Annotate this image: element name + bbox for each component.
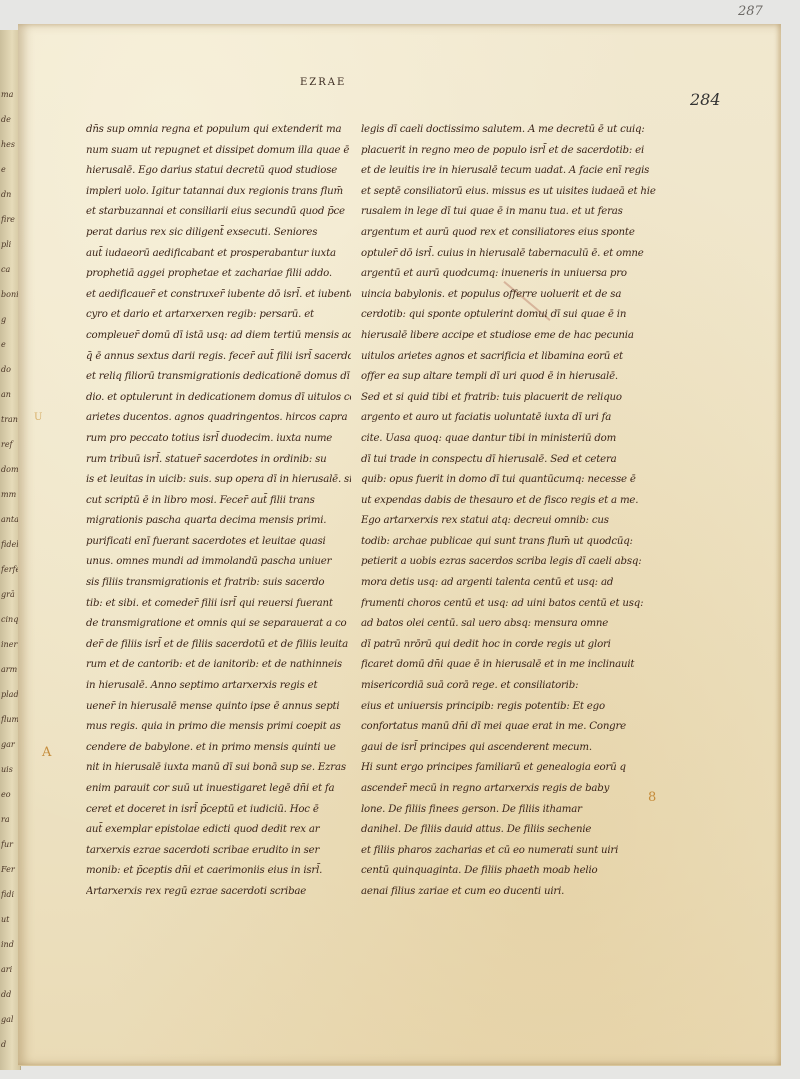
text-line: dio. et optulerunt in dedicationem domus… (86, 388, 351, 409)
facing-page-text-fragment: uis (1, 765, 19, 775)
text-line: todib: archae publicae qui sunt trans fl… (361, 532, 656, 553)
text-line: Sed et si quid tibi et fratrib: tuis pla… (361, 388, 656, 409)
text-line: cut scriptū ē in libro mosi. Fecer̄ aut̄… (86, 491, 351, 512)
text-line: centū quinquaginta. De filiis phaeth moa… (361, 861, 656, 882)
text-line: uener̄ in hierusalē mense quinto ipse ē … (86, 697, 351, 718)
text-line: quib: opus fuerit in domo dī tui quantūc… (361, 470, 656, 491)
facing-page-text-fragment: grā (1, 590, 19, 600)
text-line: confortatus manū dn̄i dī mei quae erat i… (361, 717, 656, 738)
text-line: et septē consiliatorū eius. missus es ut… (361, 182, 656, 203)
text-line: cite. Uasa quoq: quae dantur tibi in min… (361, 429, 656, 450)
text-line: unus. omnes mundi ad immolandū pascha un… (86, 552, 351, 573)
facing-page-text-fragment: d (1, 1040, 19, 1050)
facing-page-text-fragment: tran (1, 415, 19, 425)
folio-number-top: 287 (738, 4, 763, 19)
text-line: dī tui trade in conspectu dī hierusalē. … (361, 450, 656, 471)
text-line: mus regis. quia in primo die mensis prim… (86, 717, 351, 738)
text-line: monib: et p̄ceptis dn̄i et caerimoniis e… (86, 861, 351, 882)
text-line: dn̄s sup omnia regna et populum qui exte… (86, 120, 351, 141)
text-line: Hi sunt ergo principes familiarū et gene… (361, 758, 656, 779)
text-line: offer ea sup altare templi dī uri quod ē… (361, 367, 656, 388)
facing-page-text-fragment: g (1, 315, 19, 325)
text-line: q̄ ē annus sextus darii regis. fecer̄ au… (86, 347, 351, 368)
text-line: danihel. De filiis dauid attus. De filii… (361, 820, 656, 841)
text-line: Ego artarxerxis rex statui atq: decreui … (361, 511, 656, 532)
text-line: petierit a uobis ezras sacerdos scriba l… (361, 552, 656, 573)
text-line: et de leuitis ire in hierusalē tecum uad… (361, 161, 656, 182)
text-line: lone. De filiis finees gerson. De filiis… (361, 800, 656, 821)
text-line: uincia babylonis. et populus offerre uol… (361, 285, 656, 306)
text-line: rusalem in lege dī tui quae ē in manu tu… (361, 202, 656, 223)
text-line: sis filiis transmigrationis et fratrib: … (86, 573, 351, 594)
text-line: et starbuzannai et consiliarii eius secu… (86, 202, 351, 223)
facing-page-text-fragment: de (1, 115, 19, 125)
text-line: placuerit in regno meo de populo isrl̄ e… (361, 141, 656, 162)
text-line: cerdotib: qui sponte optulerint domui dī… (361, 305, 656, 326)
facing-page-text-fragment: cinqr (1, 615, 19, 625)
text-line: et reliq filiorū transmigrationis dedica… (86, 367, 351, 388)
facing-page-text-fragment: ineru (1, 640, 19, 650)
facing-page-text-fragment: boni (1, 290, 19, 300)
text-line: rum tribuū isrl̄. statuer̄ sacerdotes in… (86, 450, 351, 471)
text-line: de transmigratione et omnis qui se separ… (86, 614, 351, 635)
text-line: perat darius rex sic diligent̄ exsecuti.… (86, 223, 351, 244)
text-line: Artarxerxis rex regū ezrae sacerdoti scr… (86, 882, 351, 903)
text-line: prophetiā aggei prophetae et zachariae f… (86, 264, 351, 285)
facing-page-text-fragment: gar (1, 740, 19, 750)
text-line: rum pro peccato totius isrl̄ duodecim. i… (86, 429, 351, 450)
text-line: enim parauit cor suū ut inuestigaret leg… (86, 779, 351, 800)
facing-page-text-fragment: pladi (1, 690, 19, 700)
facing-page-text-fragment: fidi (1, 890, 19, 900)
text-line: mora detis usq: ad argenti talenta centū… (361, 573, 656, 594)
text-line: argentū et aurū quodcumq: inueneris in u… (361, 264, 656, 285)
facing-page-text-fragment: an (1, 390, 19, 400)
facing-page-text-fragment: Fer (1, 865, 19, 875)
text-line: rum et de cantorib: et de ianitorib: et … (86, 655, 351, 676)
text-line: uitulos arietes agnos et sacrificia et l… (361, 347, 656, 368)
facing-page-text-fragment: dd (1, 990, 19, 1000)
facing-page-text-fragment: e (1, 340, 19, 350)
facing-page-text-fragment: do (1, 365, 19, 375)
text-line: arietes ducentos. agnos quadringentos. h… (86, 408, 351, 429)
text-line: et filiis pharos zacharias et cū eo nume… (361, 841, 656, 862)
facing-page-text-fragment: dn (1, 190, 19, 200)
text-line: migrationis pascha quarta decima mensis … (86, 511, 351, 532)
text-line: ceret et doceret in isrl̄ p̄ceptū et iud… (86, 800, 351, 821)
facing-page-text-fragment: ca (1, 265, 19, 275)
text-line: argento et auro ut faciatis uoluntatē iu… (361, 408, 656, 429)
facing-page-text-fragment: ind (1, 940, 19, 950)
facing-page-text-fragment: fire (1, 215, 19, 225)
text-line: num suam ut repugnet et dissipet domum i… (86, 141, 351, 162)
text-line: aut̄ exemplar epistolae edicti quod dedi… (86, 820, 351, 841)
facing-page-text-fragment: eo (1, 790, 19, 800)
text-line: purificati enī fuerant sacerdotes et leu… (86, 532, 351, 553)
folio-number: 284 (690, 90, 721, 109)
text-line: gaui de isrl̄ principes qui ascenderent … (361, 738, 656, 759)
text-line: legis dī caeli doctissimo salutem. A me … (361, 120, 656, 141)
facing-page-text-fragment: ferfer (1, 565, 19, 575)
text-line: misericordiā suā corā rege. et consiliat… (361, 676, 656, 697)
facing-page-text-fragment: ma (1, 90, 19, 100)
marginal-mark-left: U (34, 412, 42, 423)
facing-page-text-fragment: anta (1, 515, 19, 525)
text-line: ficaret domū dn̄i quae ē in hierusalē et… (361, 655, 656, 676)
text-line: tib: et sibi. et comeder̄ filii isrl̄ qu… (86, 594, 351, 615)
text-line: dī patrū nrōrū qui dedit hoc in corde re… (361, 635, 656, 656)
text-line: der̄ de filiis isrl̄ et de filiis sacerd… (86, 635, 351, 656)
facing-page-text-fragment: ra (1, 815, 19, 825)
text-line: aenai filius zariae et cum eo ducenti ui… (361, 882, 656, 903)
text-line: ascender̄ mecū in regno artarxerxis regi… (361, 779, 656, 800)
facing-page-text-fragment: mm (1, 490, 19, 500)
text-line: in hierusalē. Anno septimo artarxerxis r… (86, 676, 351, 697)
facing-page-text-fragment: dom (1, 465, 19, 475)
text-line: aut̄ iudaeorū aedificabant et prosperaba… (86, 244, 351, 265)
facing-page-text-fragment: e (1, 165, 19, 175)
text-line: hierusalē. Ego darius statui decretū quo… (86, 161, 351, 182)
facing-page-text-fragment: pli (1, 240, 19, 250)
text-line: eius et uniuersis principib: regis poten… (361, 697, 656, 718)
text-line: ad batos olei centū. sal uero absq: mens… (361, 614, 656, 635)
text-line: argentum et aurū quod rex et consiliator… (361, 223, 656, 244)
facing-page-text-fragment: fidel (1, 540, 19, 550)
text-line: cendere de babylone. et in primo mensis … (86, 738, 351, 759)
text-column-right: legis dī caeli doctissimo salutem. A me … (361, 120, 656, 903)
text-line: nit in hierusalē iuxta manū dī sui bonā … (86, 758, 351, 779)
facing-page-text-fragment: fur (1, 840, 19, 850)
facing-page-text-fragment: flum (1, 715, 19, 725)
text-line: frumenti choros centū et usq: ad uini ba… (361, 594, 656, 615)
facing-page-text-fragment: arm (1, 665, 19, 675)
facing-page-text-fragment: hes (1, 140, 19, 150)
text-line: tarxerxis ezrae sacerdoti scribae erudit… (86, 841, 351, 862)
text-line: optuler̄ dō isrl̄. cuius in hierusalē ta… (361, 244, 656, 265)
text-line: ut expendas dabis de thesauro et de fisc… (361, 491, 656, 512)
text-column-left: dn̄s sup omnia regna et populum qui exte… (86, 120, 351, 903)
facing-page-text-fragment: ut (1, 915, 19, 925)
text-line: cyro et dario et artarxerxen regib: pers… (86, 305, 351, 326)
text-line: impleri uolo. Igitur tatannai dux region… (86, 182, 351, 203)
text-line: is et leuitas in uicib: suis. sup opera … (86, 470, 351, 491)
facing-page-text-fragment: ari (1, 965, 19, 975)
decorated-initial: A (42, 745, 51, 760)
running-title: EZRAE (300, 77, 346, 88)
text-line: et aedificauer̄ et construxer̄ iubente d… (86, 285, 351, 306)
facing-page-text-fragment: ref (1, 440, 19, 450)
text-line: compleuer̄ domū dī istā usq: ad diem ter… (86, 326, 351, 347)
text-line: hierusalē libere accipe et studiose eme … (361, 326, 656, 347)
facing-page-text-fragment: gal (1, 1015, 19, 1025)
